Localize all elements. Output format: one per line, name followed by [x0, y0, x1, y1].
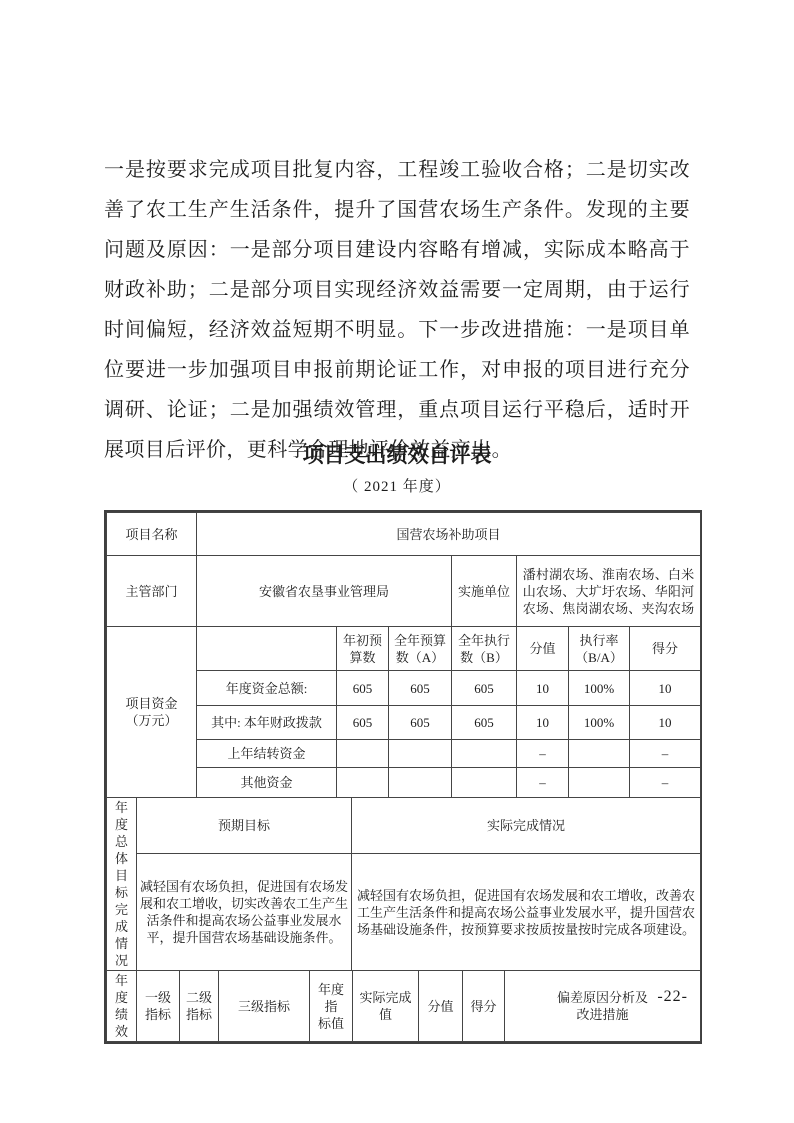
funds-header-empty-cell	[197, 627, 337, 671]
funds-cell	[389, 740, 452, 768]
expected-goal-text-cell: 减轻国有农场负担，促进国有农场发展和农工增收，切实改善农工生产生活条件和提高农场…	[137, 854, 352, 971]
table-title: 项目支出绩效自评表	[0, 442, 794, 470]
table-row: 年度资金总额: 605 605 605 10 100% 10	[107, 671, 701, 706]
funds-cell	[389, 768, 452, 798]
funds-cell: –	[517, 740, 569, 768]
funds-row-carryover-label: 上年结转资金	[197, 740, 337, 768]
dept-label-cell: 主管部门	[107, 556, 197, 627]
actual-value-header-cell: 实际完成 值	[353, 971, 419, 1042]
table-row: 项目资金 （万元） 年初预 算数 全年预算 数（A） 全年执行 数（B） 分值 …	[107, 627, 701, 671]
self-evaluation-table: 项目名称 国营农场补助项目 主管部门 安徽省农垦事业管理局 实施单位 潘村湖农场…	[104, 510, 702, 1044]
funds-cell	[452, 740, 517, 768]
table-row: 项目名称 国营农场补助项目	[107, 513, 701, 556]
dept-value-cell: 安徽省农垦事业管理局	[197, 556, 452, 627]
funds-header-score: 得分	[630, 627, 701, 671]
weight-header-cell: 分值	[419, 971, 463, 1042]
expected-goal-header-cell: 预期目标	[137, 798, 352, 854]
page-number: -22-	[657, 988, 688, 1006]
project-name-label-cell: 项目名称	[107, 513, 197, 556]
level2-indicator-header-cell: 二级 指标	[180, 971, 219, 1042]
section-annual-goal: 年度 总体 目标 完成 情况 预期目标 实际完成情况 减轻国有农场负担，促进国有…	[106, 797, 701, 971]
performance-section-label-cell: 年度 绩效	[107, 971, 137, 1042]
table-row: 其他资金 – –	[107, 768, 701, 798]
funds-row-fiscal-label: 其中: 本年财政拨款	[197, 706, 337, 740]
project-name-value-cell: 国营农场补助项目	[197, 513, 701, 556]
funds-row-other-label: 其他资金	[197, 768, 337, 798]
funds-cell: 605	[389, 671, 452, 706]
annual-target-header-cell: 年度指 标值	[310, 971, 353, 1042]
body-paragraph: 一是按要求完成项目批复内容，工程竣工验收合格；二是切实改善了农工生产生活条件，提…	[104, 150, 690, 470]
funds-header-annual-exec: 全年执行 数（B）	[452, 627, 517, 671]
funds-cell: 605	[389, 706, 452, 740]
section-project-info: 项目名称 国营农场补助项目 主管部门 安徽省农垦事业管理局 实施单位 潘村湖农场…	[106, 512, 701, 627]
score-header-cell: 得分	[463, 971, 505, 1042]
funds-cell: 10	[630, 671, 701, 706]
funds-section-label-cell: 项目资金 （万元）	[107, 627, 197, 798]
table-row: 年度 总体 目标 完成 情况 预期目标 实际完成情况	[107, 798, 701, 854]
funds-header-initial-budget: 年初预 算数	[337, 627, 389, 671]
funds-cell	[569, 768, 630, 798]
funds-cell	[452, 768, 517, 798]
funds-cell: 10	[517, 671, 569, 706]
funds-header-exec-rate: 执行率 （B/A）	[569, 627, 630, 671]
funds-header-weight: 分值	[517, 627, 569, 671]
table-row: 上年结转资金 – –	[107, 740, 701, 768]
table-subtitle: （ 2021 年度）	[0, 477, 794, 497]
funds-cell: 605	[452, 706, 517, 740]
funds-cell	[337, 768, 389, 798]
funds-cell: 605	[337, 671, 389, 706]
funds-cell: –	[630, 740, 701, 768]
funds-header-annual-budget: 全年预算 数（A）	[389, 627, 452, 671]
funds-row-total-label: 年度资金总额:	[197, 671, 337, 706]
table-row: 主管部门 安徽省农垦事业管理局 实施单位 潘村湖农场、淮南农场、白米山农场、大圹…	[107, 556, 701, 627]
table-row: 减轻国有农场负担，促进国有农场发展和农工增收，切实改善农工生产生活条件和提高农场…	[107, 854, 701, 971]
section-performance-header: 年度 绩效 一级 指标 二级 指标 三级指标 年度指 标值 实际完成 值 分值 …	[106, 970, 701, 1042]
annual-goal-section-label-cell: 年度 总体 目标 完成 情况	[107, 798, 137, 971]
funds-cell: 100%	[569, 671, 630, 706]
funds-cell	[337, 740, 389, 768]
level3-indicator-header-cell: 三级指标	[219, 971, 310, 1042]
impl-unit-value-cell: 潘村湖农场、淮南农场、白米山农场、大圹圩农场、华阳河农场、焦岗湖农场、夹沟农场	[517, 556, 701, 627]
funds-cell: 605	[452, 671, 517, 706]
impl-unit-label-cell: 实施单位	[452, 556, 517, 627]
funds-cell: –	[630, 768, 701, 798]
table-row: 其中: 本年财政拨款 605 605 605 10 100% 10	[107, 706, 701, 740]
actual-completion-header-cell: 实际完成情况	[352, 798, 701, 854]
funds-cell	[569, 740, 630, 768]
actual-completion-text-cell: 减轻国有农场负担，促进国有农场发展和农工增收，改善农工生产生活条件和提高农场公益…	[352, 854, 701, 971]
funds-cell: 10	[630, 706, 701, 740]
section-project-funds: 项目资金 （万元） 年初预 算数 全年预算 数（A） 全年执行 数（B） 分值 …	[106, 626, 701, 798]
table-row: 年度 绩效 一级 指标 二级 指标 三级指标 年度指 标值 实际完成 值 分值 …	[107, 971, 701, 1042]
funds-cell: 10	[517, 706, 569, 740]
deviation-header-cell: 偏差原因分析及 改进措施	[505, 971, 701, 1042]
funds-cell: 100%	[569, 706, 630, 740]
level1-indicator-header-cell: 一级 指标	[137, 971, 180, 1042]
funds-cell: 605	[337, 706, 389, 740]
funds-cell: –	[517, 768, 569, 798]
